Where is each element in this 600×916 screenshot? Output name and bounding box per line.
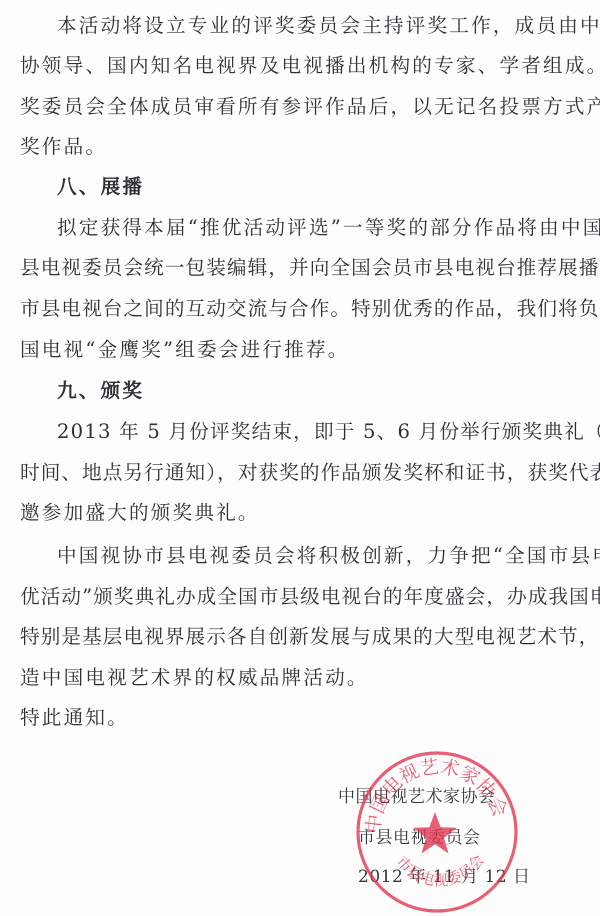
signature-org-line2: 市县电视委员会 xyxy=(358,827,481,849)
paragraph-line: 市县电视台之间的互动交流与合作。特别优秀的作品，我们将负责向中 xyxy=(20,297,600,321)
paragraph-line: 中国视协市县电视委员会将积极创新，力争把“全国市县电视台推 xyxy=(57,544,600,568)
paragraph-line: 奖作品。 xyxy=(20,135,107,159)
paragraph-line: 特别是基层电视界展示各自创新发展与成果的大型电视艺术节，努力打 xyxy=(20,625,600,649)
section-heading-award: 九、颁奖 xyxy=(57,379,144,403)
paragraph-line: 国电视“金鹰奖”组委会进行推荐。 xyxy=(20,338,350,362)
paragraph-line: 造中国电视艺术界的权威品牌活动。 xyxy=(20,666,369,690)
paragraph-line: 拟定获得本届“推优活动评选”一等奖的部分作品将由中国视协市 xyxy=(57,216,600,240)
section-heading-display: 八、展播 xyxy=(57,175,144,199)
paragraph-line: 2013 年 5 月份评奖结束，即于 5、6 月份举行颁奖典礼（具体颁奖 xyxy=(57,420,600,444)
paragraph-line: 县电视委员会统一包装编辑，并向全国会员市县电视台推荐展播，促进 xyxy=(20,256,600,280)
paragraph-line: 时间、地点另行通知），对获奖的作品颁发奖杯和证书，获奖代表将受 xyxy=(20,461,600,485)
paragraph-line: 邀参加盛大的颁奖典礼。 xyxy=(20,501,260,525)
paragraph-line: 本活动将设立专业的评奖委员会主持评奖工作，成员由中国视 xyxy=(57,14,600,38)
closing-text: 特此通知。 xyxy=(20,706,129,730)
paragraph-line: 奖委员会全体成员审看所有参评作品后，以无记名投票方式产生获 xyxy=(20,95,600,119)
signature-date: 2012 年 11 月 12 日 xyxy=(358,866,531,888)
paragraph-line: 优活动”颁奖典礼办成全国市县级电视台的年度盛会，办成我国电视界 xyxy=(20,585,600,609)
signature-org-line1: 中国电视艺术家协会 xyxy=(338,786,496,808)
paragraph-line: 协领导、国内知名电视界及电视播出机构的专家、学者组成。由评 xyxy=(20,54,600,78)
document-page: 本活动将设立专业的评奖委员会主持评奖工作，成员由中国视 协领导、国内知名电视界及… xyxy=(0,0,600,916)
